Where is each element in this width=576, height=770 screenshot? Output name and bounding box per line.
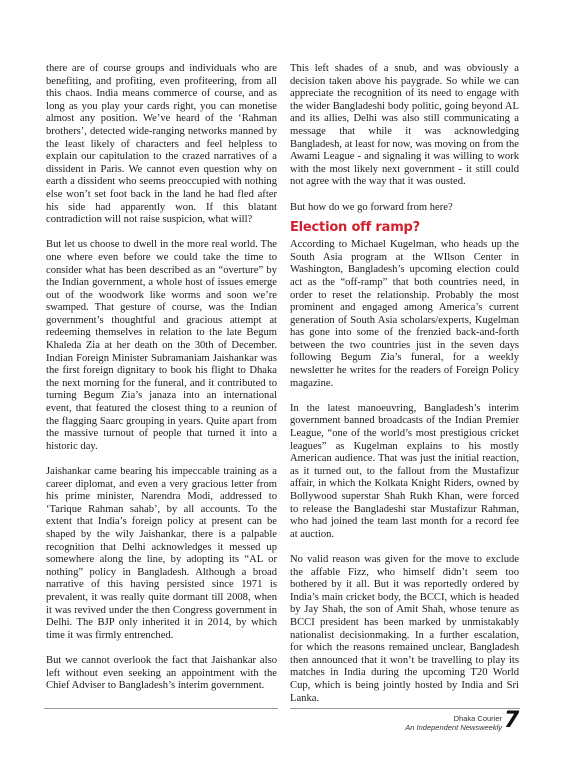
publication-tagline: An Independent Newsweekly xyxy=(405,723,502,732)
footer-divider-right xyxy=(290,708,520,709)
body-paragraph: But we cannot overlook the fact that Jai… xyxy=(46,655,277,693)
body-paragraph: Jaishankar came bearing his impeccable t… xyxy=(46,466,277,642)
body-paragraph: This left shades of a snub, and was obvi… xyxy=(290,63,519,189)
left-column: there are of course groups and individua… xyxy=(46,63,277,693)
body-paragraph: In the latest manoeuvring, Bangladesh’s … xyxy=(290,403,519,542)
body-paragraph: But let us choose to dwell in the more r… xyxy=(46,239,277,453)
body-paragraph: there are of course groups and individua… xyxy=(46,63,277,227)
section-heading: Election off ramp? xyxy=(290,220,519,235)
right-column: This left shades of a snub, and was obvi… xyxy=(290,63,519,705)
body-paragraph: But how do we go forward from here? xyxy=(290,202,519,215)
body-paragraph: No valid reason was given for the move t… xyxy=(290,554,519,705)
publication-name: Dhaka Courier xyxy=(405,714,502,723)
footer-divider-left xyxy=(44,708,278,709)
body-paragraph: According to Michael Kugelman, who heads… xyxy=(290,239,519,390)
page-number: 7 xyxy=(504,710,519,732)
page-footer: Dhaka Courier An Independent Newsweekly xyxy=(405,714,502,732)
